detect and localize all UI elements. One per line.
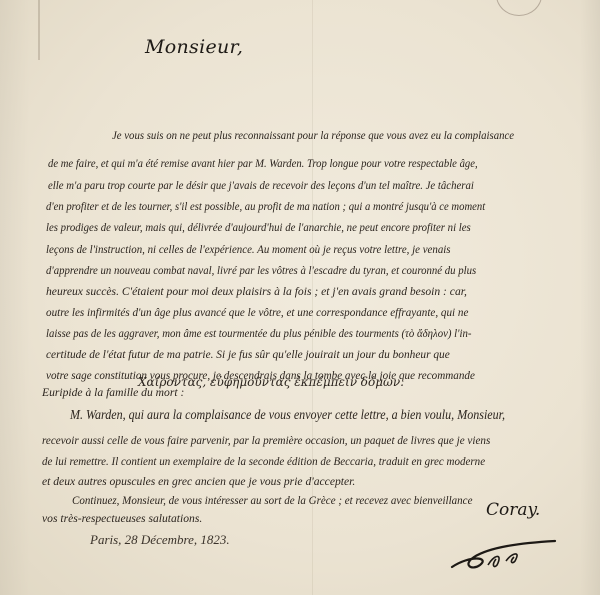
library-stamp-icon: [496, 0, 542, 16]
salutation: Monsieur,: [145, 36, 243, 58]
body-line: outre les infirmités d'un âge plus avanc…: [46, 306, 468, 319]
paper-crease: [38, 0, 40, 60]
body-line: vos très-respectueuses salutations.: [42, 512, 202, 525]
body-line: elle m'a paru trop courte par le désir q…: [48, 179, 474, 192]
body-line: Continuez, Monsieur, de vous intéresser …: [72, 494, 472, 507]
body-line: d'apprendre un nouveau combat naval, liv…: [46, 264, 476, 277]
body-line: de me faire, et qui m'a été remise avant…: [48, 157, 478, 170]
body-line: et deux autres opuscules en grec ancien …: [42, 475, 355, 488]
body-line: laisse pas de les aggraver, mon âme est …: [46, 327, 471, 340]
body-line: recevoir aussi celle de vous faire parve…: [42, 434, 490, 447]
body-line: leçons de l'instruction, ni celles de l'…: [46, 243, 451, 256]
body-line: certitude de l'état futur de ma patrie. …: [46, 348, 450, 361]
letter-page: Monsieur, Je vous suis on ne peut plus r…: [0, 0, 600, 595]
body-line: Je vous suis on ne peut plus reconnaissa…: [112, 129, 514, 142]
body-line: heureux succès. C'étaient pour moi deux …: [46, 285, 467, 298]
body-line: d'en profiter et de les tourner, s'il es…: [46, 200, 485, 213]
body-line: les prodiges de valeur, mais qui, délivr…: [46, 221, 471, 234]
signature: Coray.: [486, 500, 540, 520]
dateline: Paris, 28 Décembre, 1823.: [90, 532, 230, 548]
body-line: de lui remettre. Il contient un exemplai…: [42, 455, 485, 468]
greek-quotation: Χαίροντας, εὐφημοῦντας ἐκπέμπειν δόμων.: [138, 375, 404, 389]
body-line: M. Warden, qui aura la complaisance de v…: [70, 408, 505, 424]
signature-flourish-icon: [450, 535, 560, 575]
